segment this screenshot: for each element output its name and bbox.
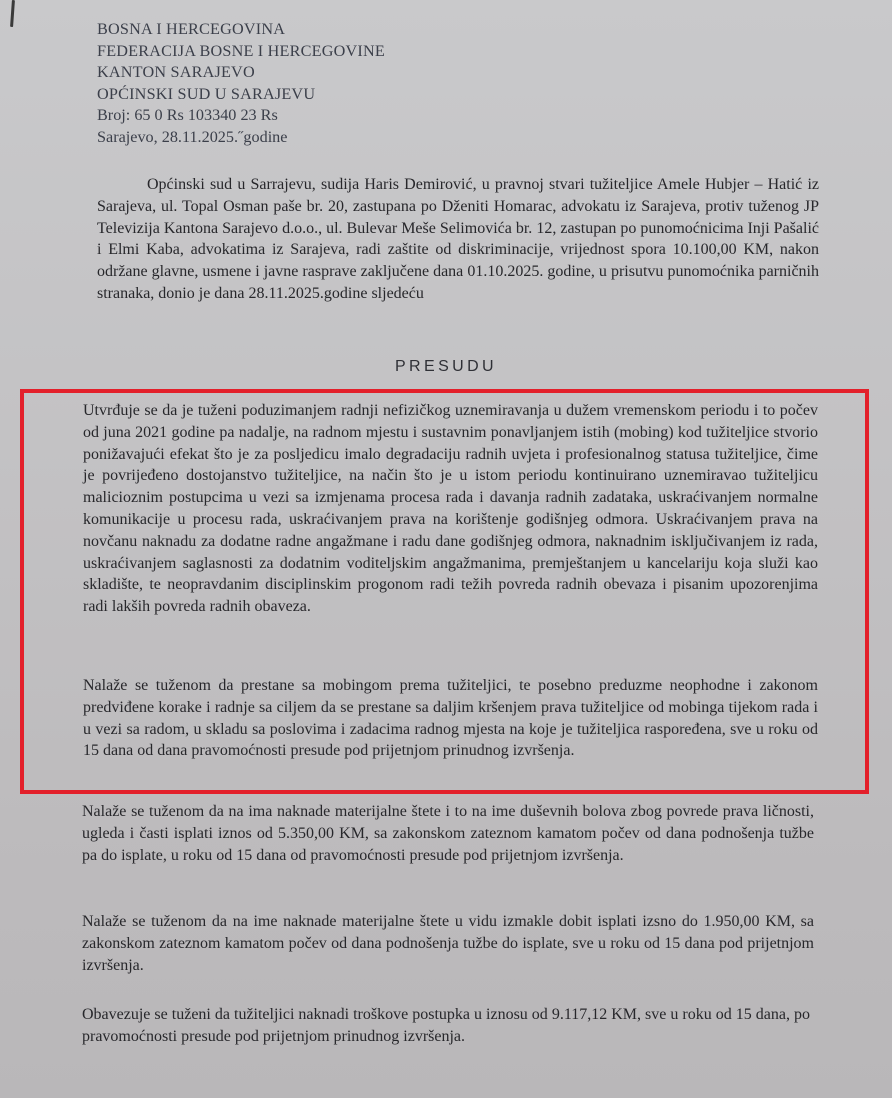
header-canton: KANTON SARAJEVO [97, 62, 385, 84]
header-court: OPĆINSKI SUD U SARAJEVU [97, 84, 385, 106]
ruling-paragraph-nonmaterial-damages: Nalaže se tuženom da na ima naknade mate… [82, 801, 814, 866]
court-header: BOSNA I HERCEGOVINA FEDERACIJA BOSNE I H… [97, 19, 385, 148]
header-country: BOSNA I HERCEGOVINA [97, 19, 385, 41]
header-federation: FEDERACIJA BOSNE I HERCEGOVINE [97, 41, 385, 63]
pen-mark [10, 0, 15, 27]
place-date: Sarajevo, 28.11.2025.˝godine [97, 127, 385, 149]
ruling-paragraph-cease-order: Nalaže se tuženom da prestane sa mobingo… [83, 675, 818, 762]
verdict-title: PRESUDU [0, 358, 892, 376]
ruling-paragraph-lost-profit: Nalaže se tuženom da na ime naknade mate… [82, 911, 814, 976]
court-document-page: BOSNA I HERCEGOVINA FEDERACIJA BOSNE I H… [0, 0, 892, 1098]
case-number: Broj: 65 0 Rs 103340 23 Rs [97, 105, 385, 127]
ruling-paragraph-mobbing-finding: Utvrđuje se da je tuženi poduzimanjem ra… [83, 400, 818, 618]
intro-paragraph: Općinski sud u Sarrajevu, sudija Haris D… [97, 174, 819, 305]
ruling-paragraph-costs: Obavezuje se tuženi da tužiteljici nakna… [82, 1004, 810, 1048]
